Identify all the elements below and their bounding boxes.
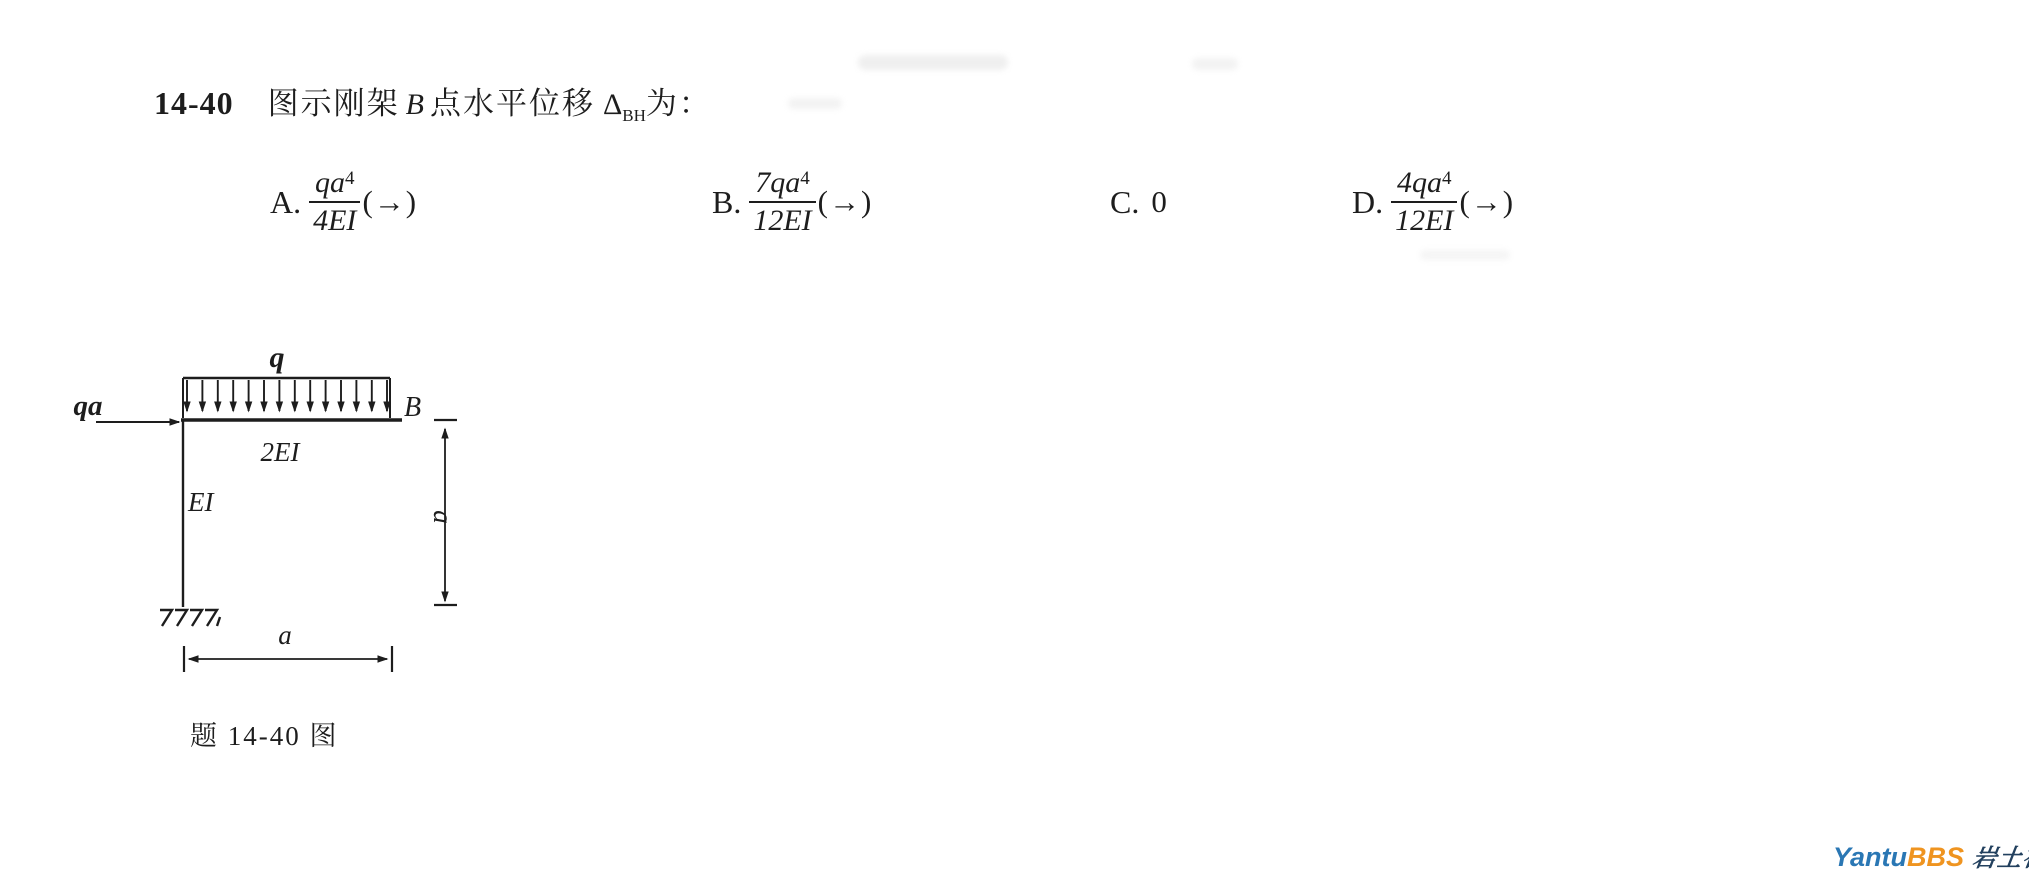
point-b-label: B: [404, 392, 421, 423]
option-a-fraction: qa4 4EI: [309, 167, 360, 238]
question-text-before: 图示刚架: [268, 78, 400, 123]
fixed-support: [160, 610, 220, 626]
scanned-exam-page: 14-40 图示刚架 B 点水平位移 ΔBH 为： A. qa4 4EI (→)…: [0, 0, 2029, 886]
scan-smudge: [1420, 250, 1510, 260]
column-stiffness-label: EI: [187, 487, 215, 517]
option-d-direction-arrow: (→): [1459, 184, 1514, 220]
distributed-load: [183, 378, 390, 418]
option-a-direction-arrow: (→): [362, 184, 417, 220]
frame-diagram-svg: q qa 2EI EI B a: [38, 255, 478, 765]
point-b-symbol: B: [400, 88, 430, 122]
option-b-fraction: 7qa4 12EI: [749, 167, 815, 238]
question-text-after: 点水平位移: [430, 78, 595, 123]
option-b: B. 7qa4 12EI (→): [712, 158, 872, 246]
force-label: qa: [74, 390, 103, 422]
option-d-denominator: 12EI: [1391, 205, 1457, 237]
option-b-denominator: 12EI: [749, 205, 815, 237]
figure-caption: 题 14-40 图: [190, 714, 339, 753]
delta-subscript: BH: [622, 106, 646, 125]
fraction-bar: [1391, 201, 1457, 203]
scan-smudge: [858, 55, 1008, 70]
question-text-end: 为：: [646, 78, 712, 123]
question-number: 14-40: [154, 85, 234, 122]
fraction-bar: [749, 201, 815, 203]
load-label: q: [270, 341, 285, 374]
option-b-direction-arrow: (→): [818, 184, 873, 220]
scan-smudge: [788, 98, 842, 109]
beam-stiffness-label: 2EI: [261, 437, 302, 467]
option-d-numerator: 4qa4: [1393, 167, 1456, 199]
scan-smudge: [1192, 58, 1238, 70]
option-d: D. 4qa4 12EI (→): [1352, 158, 1514, 246]
watermark-bbs: BBS: [1907, 842, 1964, 873]
question-title: 14-40 图示刚架 B 点水平位移 ΔBH 为：: [154, 78, 712, 126]
watermark-chinese: 岩土在线: [1971, 838, 2029, 873]
option-c-value: 0: [1151, 184, 1167, 220]
option-d-fraction: 4qa4 12EI: [1391, 167, 1457, 238]
vertical-dimension-label: a: [428, 510, 458, 524]
horizontal-dimension-label: a: [278, 620, 292, 650]
option-a: A. qa4 4EI (→): [270, 158, 417, 246]
option-d-label: D.: [1352, 184, 1383, 221]
option-a-label: A.: [270, 184, 301, 221]
watermark-yantu: Yantu: [1833, 842, 1907, 873]
option-a-numerator: qa4: [311, 167, 359, 199]
option-c: C. 0: [1110, 158, 1167, 246]
frame-diagram: q qa 2EI EI B a: [38, 255, 478, 765]
watermark: YantuBBS 岩土在线: [1833, 838, 2029, 873]
delta-symbol: ΔBH: [603, 88, 646, 126]
load-arrows: [187, 380, 387, 411]
option-c-label: C.: [1110, 184, 1139, 221]
fraction-bar: [309, 201, 360, 203]
option-b-label: B.: [712, 184, 741, 221]
option-a-denominator: 4EI: [309, 205, 360, 237]
option-b-numerator: 7qa4: [751, 167, 814, 199]
